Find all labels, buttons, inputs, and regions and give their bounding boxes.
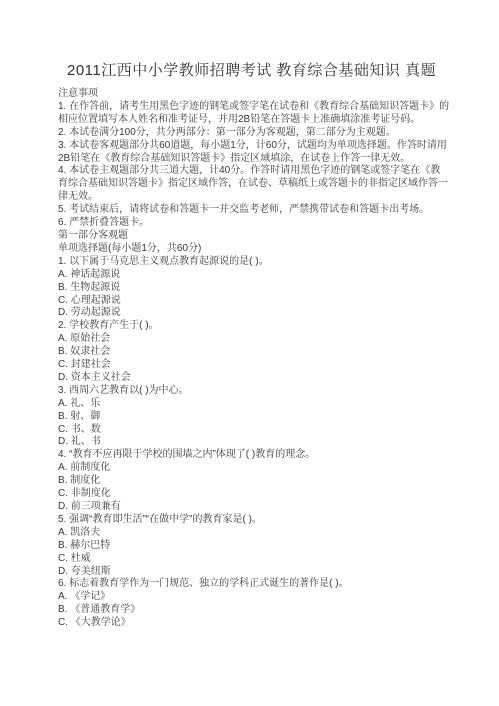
question-option: B. 射、御 bbox=[58, 411, 450, 424]
question-stem: 6. 标志着教育学作为一门规范、独立的学科正式诞生的著作是( )。 bbox=[58, 578, 450, 591]
notices-heading: 注意事项 bbox=[58, 88, 450, 101]
question-option: B. 生物起源说 bbox=[58, 282, 450, 295]
page-title: 2011江西中小学教师招聘考试 教育综合基础知识 真题 bbox=[67, 62, 447, 80]
question-option: C. 非制度化 bbox=[58, 488, 450, 501]
question-option: D. 礼、书 bbox=[58, 436, 450, 449]
question-stem: 5. 强调“教育即生活”“在做中学”的教育家是( )。 bbox=[58, 514, 450, 527]
document-body: 注意事项 1. 在作答前，请考生用黑色字迹的钢笔或签字笔在试卷和《教育综合基础知… bbox=[58, 88, 450, 630]
question-stem: 2. 学校教育产生于( )。 bbox=[58, 320, 450, 333]
notice-item: 1. 在作答前，请考生用黑色字迹的钢笔或签字笔在试卷和《教育综合基础知识答题卡》… bbox=[58, 101, 450, 127]
notice-item: 5. 考试结束后，请将试卷和答题卡一并交监考老师，严禁携带试卷和答题卡出考场。 bbox=[58, 204, 450, 217]
question-option: A. 《学记》 bbox=[58, 591, 450, 604]
question-option: B. 赫尔巴特 bbox=[58, 540, 450, 553]
question-option: B. 制度化 bbox=[58, 475, 450, 488]
question-option: A. 礼、乐 bbox=[58, 398, 450, 411]
exam-paper-page: 2011江西中小学教师招聘考试 教育综合基础知识 真题 注意事项 1. 在作答前… bbox=[0, 0, 499, 706]
notice-item: 2. 本试卷满分100分，共分两部分：第一部分为客观题，第二部分为主观题。 bbox=[58, 127, 450, 140]
question-option: B. 《普通教育学》 bbox=[58, 604, 450, 617]
notice-item: 4. 本试卷主观题部分共三道大题，计40分。作答时请用黑色字迹的钢笔或签字笔在《… bbox=[58, 165, 450, 204]
notice-item: 6. 严禁折叠答题卡。 bbox=[58, 217, 450, 230]
question-option: C. 心理起源说 bbox=[58, 295, 450, 308]
question-option: C. 杜威 bbox=[58, 553, 450, 566]
question-option: C. 封建社会 bbox=[58, 359, 450, 372]
question-option: A. 前制度化 bbox=[58, 462, 450, 475]
question-stem: 4. “教育不应再限于学校的围墙之内”体现了( )教育的理念。 bbox=[58, 449, 450, 462]
question-option: B. 奴隶社会 bbox=[58, 346, 450, 359]
question-option: A. 凯洛夫 bbox=[58, 527, 450, 540]
question-option: A. 神话起源说 bbox=[58, 269, 450, 282]
question-stem: 1. 以下属于马克思主义观点教育起源说的是( )。 bbox=[58, 256, 450, 269]
question-stem: 3. 西周六艺教育以( )为中心。 bbox=[58, 385, 450, 398]
question-type-heading: 单项选择题(每小题1分，共60分) bbox=[58, 243, 450, 256]
question-option: D. 劳动起源说 bbox=[58, 307, 450, 320]
question-option: D. 夸美纽斯 bbox=[58, 566, 450, 579]
question-option: C. 《大教学论》 bbox=[58, 617, 450, 630]
question-option: D. 前三项兼有 bbox=[58, 501, 450, 514]
question-option: C. 书、数 bbox=[58, 424, 450, 437]
question-option: D. 资本主义社会 bbox=[58, 372, 450, 385]
notice-item: 3. 本试卷客观题部分共60道题，每小题1分，计60分，试题均为单项选择题。作答… bbox=[58, 140, 450, 166]
section-part-heading: 第一部分客观题 bbox=[58, 230, 450, 243]
question-option: A. 原始社会 bbox=[58, 333, 450, 346]
